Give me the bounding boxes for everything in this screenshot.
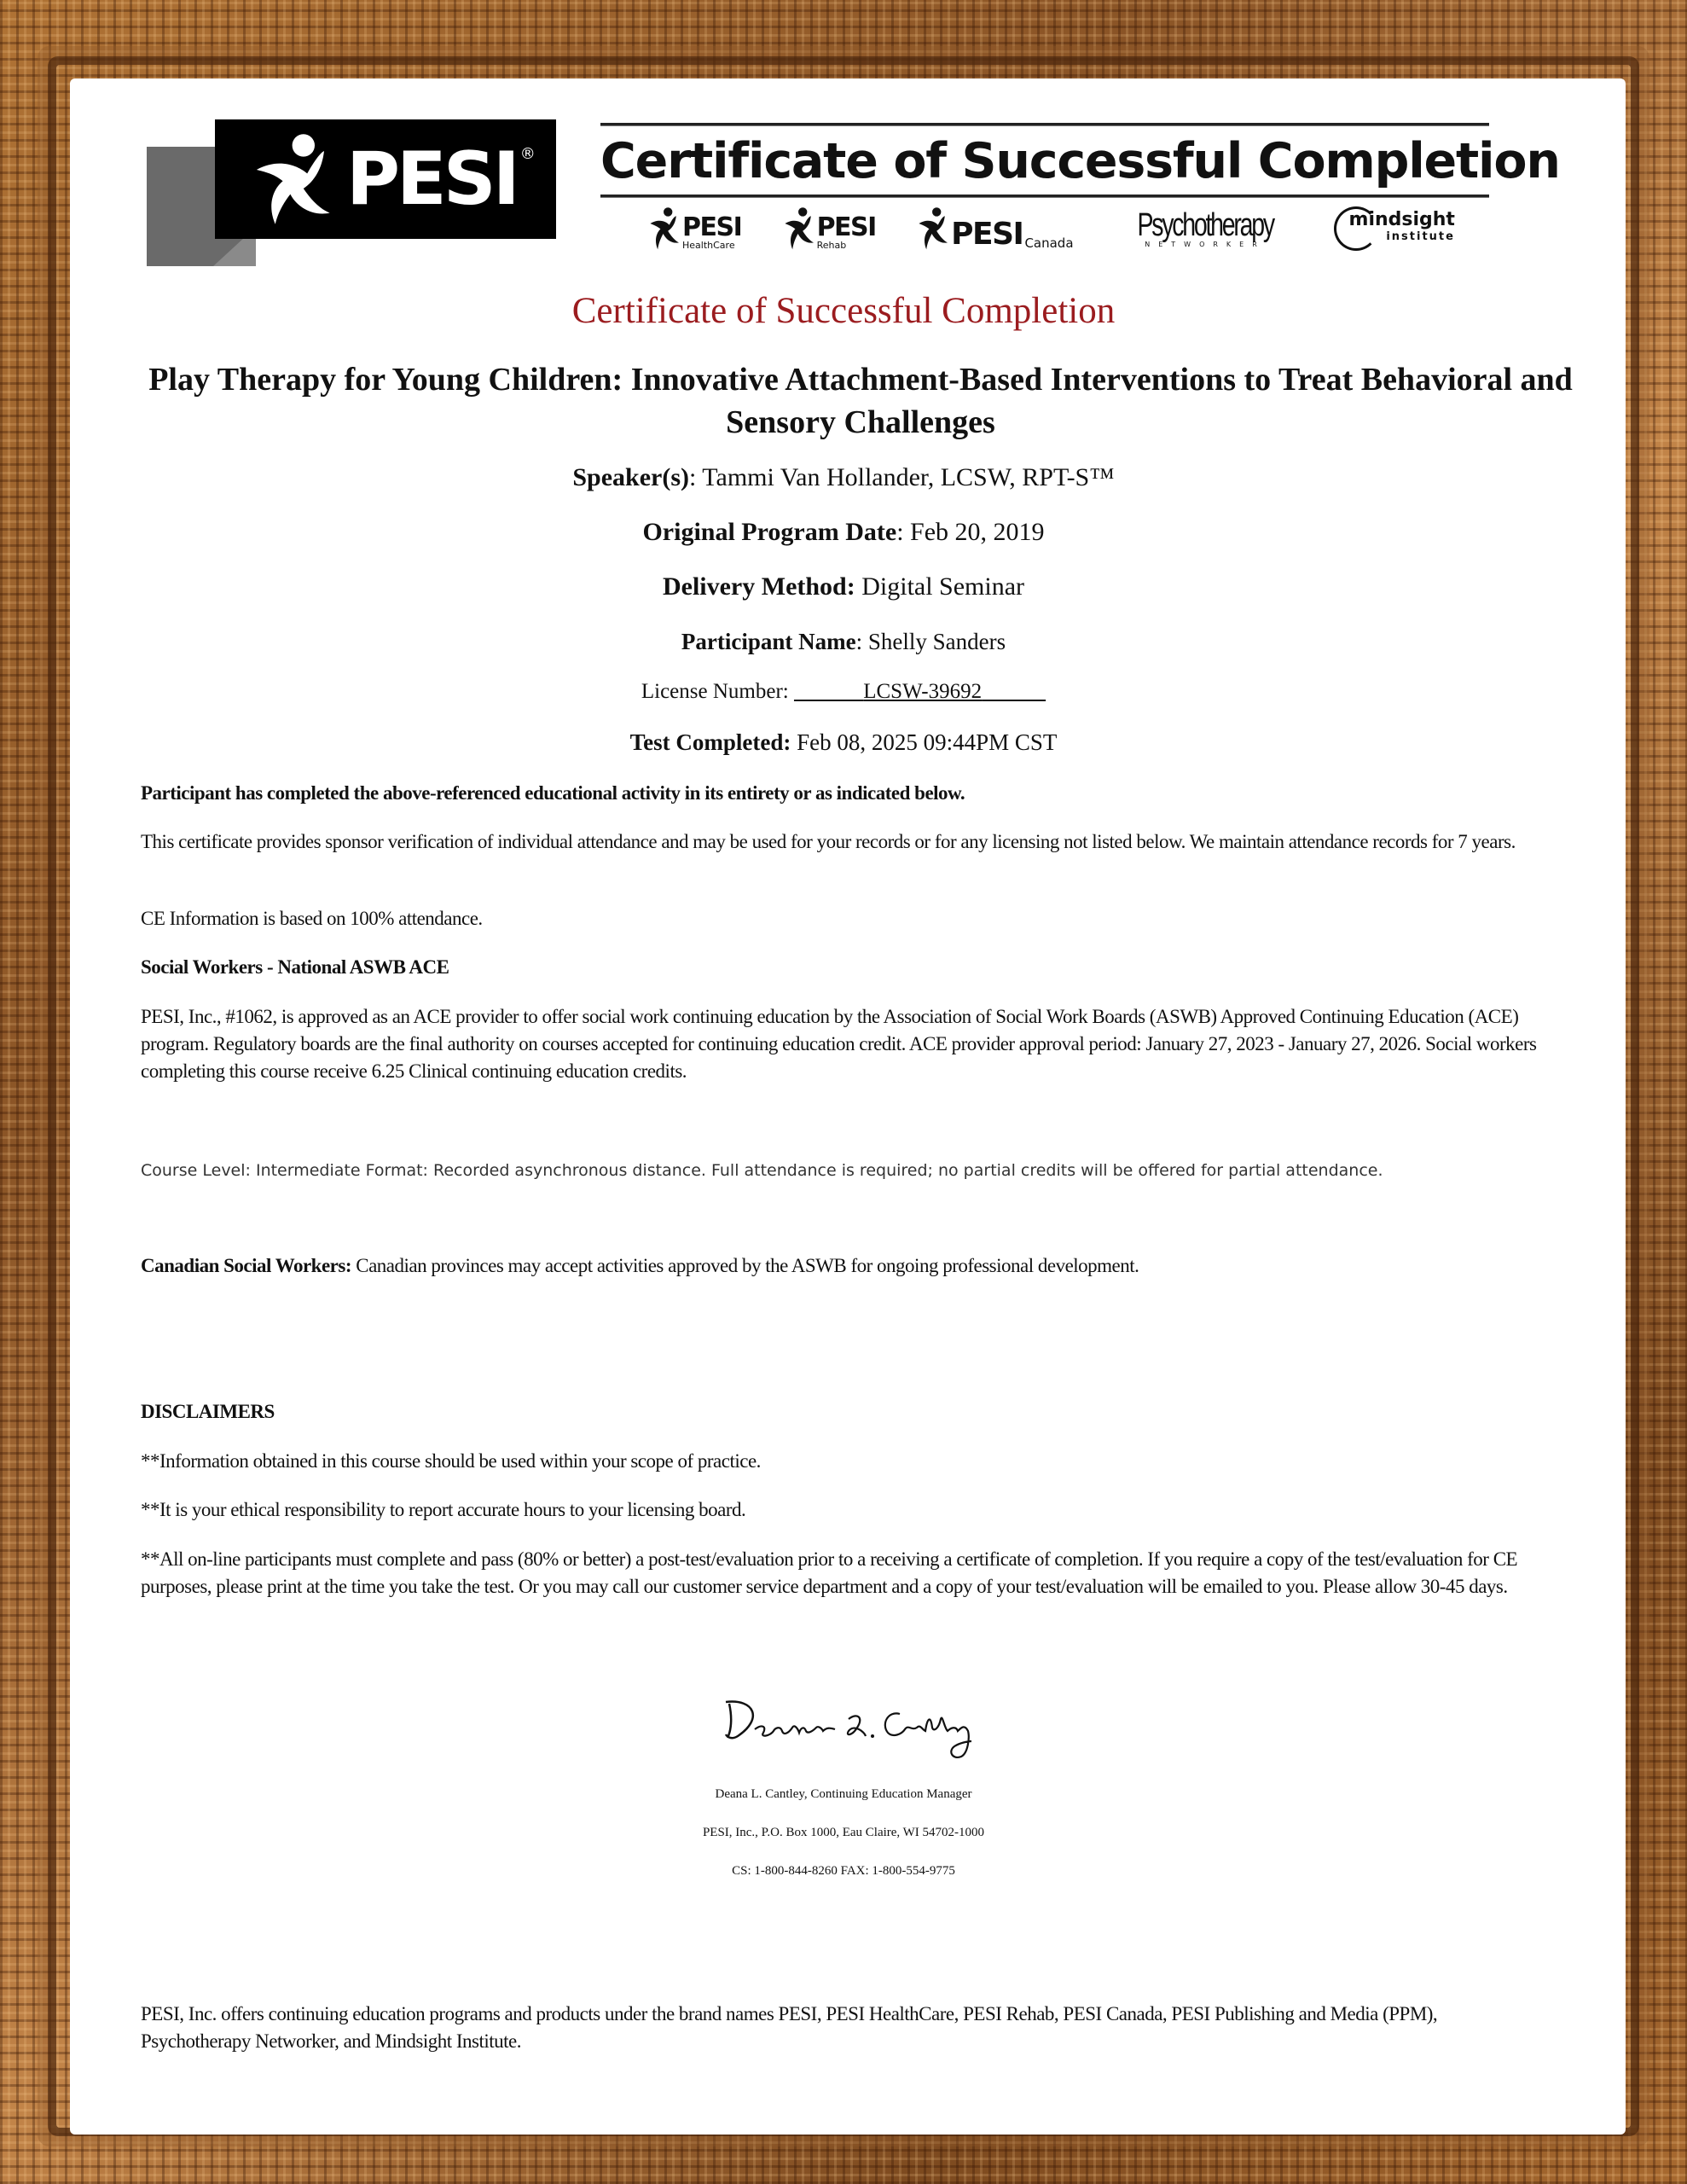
mindsight-circle-icon xyxy=(1334,206,1378,251)
brand-pesi-healthcare: PESIHealthCare xyxy=(648,206,741,251)
speaker-label: Speaker(s) xyxy=(572,463,689,491)
participant-field: Participant Name: Shelly Sanders xyxy=(128,629,1559,655)
course-level-text: Course Level: Intermediate Format: Recor… xyxy=(141,1157,1548,1184)
brand-psychotherapy-networker: Psychotherapy NETWORKER xyxy=(1115,210,1296,248)
signatory-name-title: Deana L. Cantley, Continuing Education M… xyxy=(128,1787,1559,1802)
footer-brands-note: PESI, Inc. offers continuing education p… xyxy=(141,2001,1548,2055)
ce-info-text: CE Information is based on 100% attendan… xyxy=(141,905,1548,932)
logo-text: PESI xyxy=(346,136,517,222)
brand-sub: Rehab xyxy=(817,241,876,251)
canadian-social-workers: Canadian Social Workers: Canadian provin… xyxy=(141,1252,1548,1280)
brand-logos: PESIHealthCare PESIRehab PESI Canada Psy… xyxy=(600,198,1489,254)
program-date-field: Original Program Date: Feb 20, 2019 xyxy=(128,518,1559,547)
pesi-logo: PESI ® xyxy=(147,119,556,266)
delivery-value: Digital Seminar xyxy=(861,572,1024,601)
aswb-text: PESI, Inc., #1062, is approved as an ACE… xyxy=(141,1003,1548,1085)
completion-statement: Participant has completed the above-refe… xyxy=(141,780,1548,807)
participant-label: Participant Name xyxy=(681,629,856,654)
delivery-label: Delivery Method: xyxy=(663,572,855,601)
brand-name: PESI xyxy=(951,218,1023,251)
disclaimer-item: **All on-line participants must complete… xyxy=(141,1546,1548,1600)
disclaimer-item: **It is your ethical responsibility to r… xyxy=(141,1496,1548,1524)
license-value: LCSW-39692 xyxy=(863,680,982,703)
banner-title: Certificate of Successful Completion xyxy=(600,126,1489,195)
test-completed-field: Test Completed: Feb 08, 2025 09:44PM CST xyxy=(128,729,1559,756)
signature-image xyxy=(721,1693,994,1762)
test-completed-label: Test Completed: xyxy=(630,729,791,755)
logo-box: PESI ® xyxy=(215,119,556,239)
speaker-field: Speaker(s): Tammi Van Hollander, LCSW, R… xyxy=(128,463,1559,492)
brand-mindsight-institute: mindsightinstitute xyxy=(1337,212,1455,246)
program-date-label: Original Program Date xyxy=(642,518,896,546)
header-banner: Certificate of Successful Completion PES… xyxy=(600,123,1489,254)
certificate-title: Certificate of Successful Completion xyxy=(128,290,1559,332)
registered-mark: ® xyxy=(520,145,536,163)
test-completed-value: Feb 08, 2025 09:44PM CST xyxy=(797,729,1057,755)
brand-name: Psychotherapy xyxy=(1137,210,1272,241)
speaker-value: Tammi Van Hollander, LCSW, RPT-S™ xyxy=(702,463,1114,491)
license-label: License Number: xyxy=(641,680,789,703)
aswb-heading: Social Workers - National ASWB ACE xyxy=(141,954,1548,981)
disclaimer-item: **Information obtained in this course sh… xyxy=(141,1448,1548,1475)
signatory-address: PESI, Inc., P.O. Box 1000, Eau Claire, W… xyxy=(128,1826,1559,1840)
pesi-figure-icon xyxy=(783,206,817,251)
disclaimers-heading: DISCLAIMERS xyxy=(141,1398,1548,1426)
brand-pesi-rehab: PESIRehab xyxy=(783,206,876,251)
delivery-method-field: Delivery Method: Digital Seminar xyxy=(128,572,1559,601)
course-title: Play Therapy for Young Children: Innovat… xyxy=(128,358,1593,444)
license-underline-right xyxy=(982,680,1046,703)
participant-value: Shelly Sanders xyxy=(868,629,1006,654)
signatory-phone: CS: 1-800-844-8260 FAX: 1-800-554-9775 xyxy=(128,1864,1559,1879)
canadian-text: Canadian provinces may accept activities… xyxy=(356,1255,1139,1276)
brand-pesi-canada: PESI Canada xyxy=(917,206,1073,251)
brand-name: PESI xyxy=(817,215,876,241)
pesi-figure-icon xyxy=(249,132,343,226)
brand-sub: Canada xyxy=(1024,235,1073,251)
verification-text: This certificate provides sponsor verifi… xyxy=(141,828,1548,856)
license-field: License Number: LCSW-39692 xyxy=(128,680,1559,704)
pesi-figure-icon xyxy=(648,206,682,251)
license-underline-left xyxy=(794,680,863,703)
canadian-label: Canadian Social Workers: xyxy=(141,1255,351,1276)
brand-name: PESI xyxy=(682,215,741,241)
pesi-figure-icon xyxy=(917,206,951,251)
program-date-value: Feb 20, 2019 xyxy=(910,518,1045,546)
brand-sub: HealthCare xyxy=(682,241,741,251)
